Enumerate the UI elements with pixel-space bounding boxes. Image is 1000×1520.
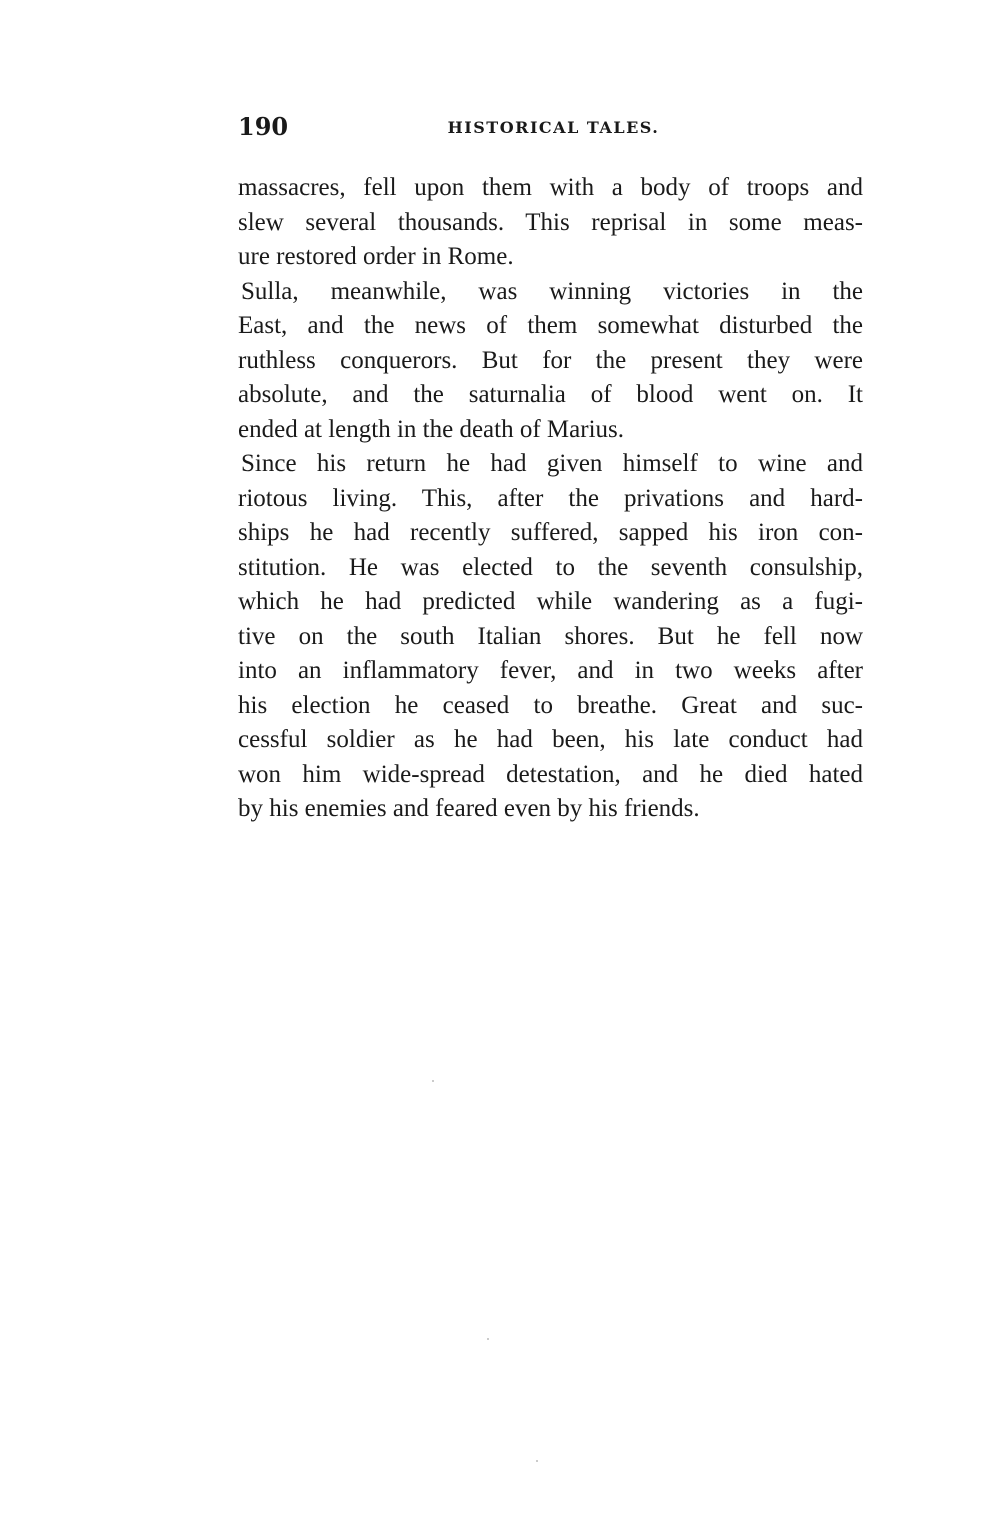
text-line: Sulla, meanwhile, was winning victories … xyxy=(238,275,863,310)
text-line: ure restored order in Rome. xyxy=(238,240,863,275)
text-line: slew several thousands. This reprisal in… xyxy=(238,206,863,241)
text-line: which he had predicted while wandering a… xyxy=(238,585,863,620)
text-line: ruthless conquerors. But for the present… xyxy=(238,344,863,379)
scan-speck xyxy=(432,1080,434,1082)
paragraph: Sulla, meanwhile, was winning victories … xyxy=(238,275,863,448)
body-text: massacres, fell upon them with a body of… xyxy=(238,171,863,827)
paragraph: Since his return he had given himself to… xyxy=(238,447,863,827)
text-line: massacres, fell upon them with a body of… xyxy=(238,171,863,206)
scan-speck xyxy=(536,1460,538,1462)
text-line: Since his return he had given himself to… xyxy=(238,447,863,482)
book-page: 190 HISTORICAL TALES. massacres, fell up… xyxy=(0,0,1000,1520)
text-line: absolute, and the saturnalia of blood we… xyxy=(238,378,863,413)
text-line: riotous living. This, after the privatio… xyxy=(238,482,863,517)
running-title: HISTORICAL TALES. xyxy=(238,118,863,137)
text-line: cessful soldier as he had been, his late… xyxy=(238,723,863,758)
paragraph: massacres, fell upon them with a body of… xyxy=(238,171,863,275)
scan-speck xyxy=(487,1338,489,1340)
text-line: won him wide-spread detestation, and he … xyxy=(238,758,863,793)
text-line: into an inflammatory fever, and in two w… xyxy=(238,654,863,689)
text-line: ended at length in the death of Marius. xyxy=(238,413,863,448)
text-line: East, and the news of them somewhat dist… xyxy=(238,309,863,344)
text-line: ships he had recently suffered, sapped h… xyxy=(238,516,863,551)
text-line: stitution. He was elected to the seventh… xyxy=(238,551,863,586)
text-line: by his enemies and feared even by his fr… xyxy=(238,792,863,827)
running-head: 190 HISTORICAL TALES. xyxy=(238,112,863,146)
text-line: his election he ceased to breathe. Great… xyxy=(238,689,863,724)
text-line: tive on the south Italian shores. But he… xyxy=(238,620,863,655)
